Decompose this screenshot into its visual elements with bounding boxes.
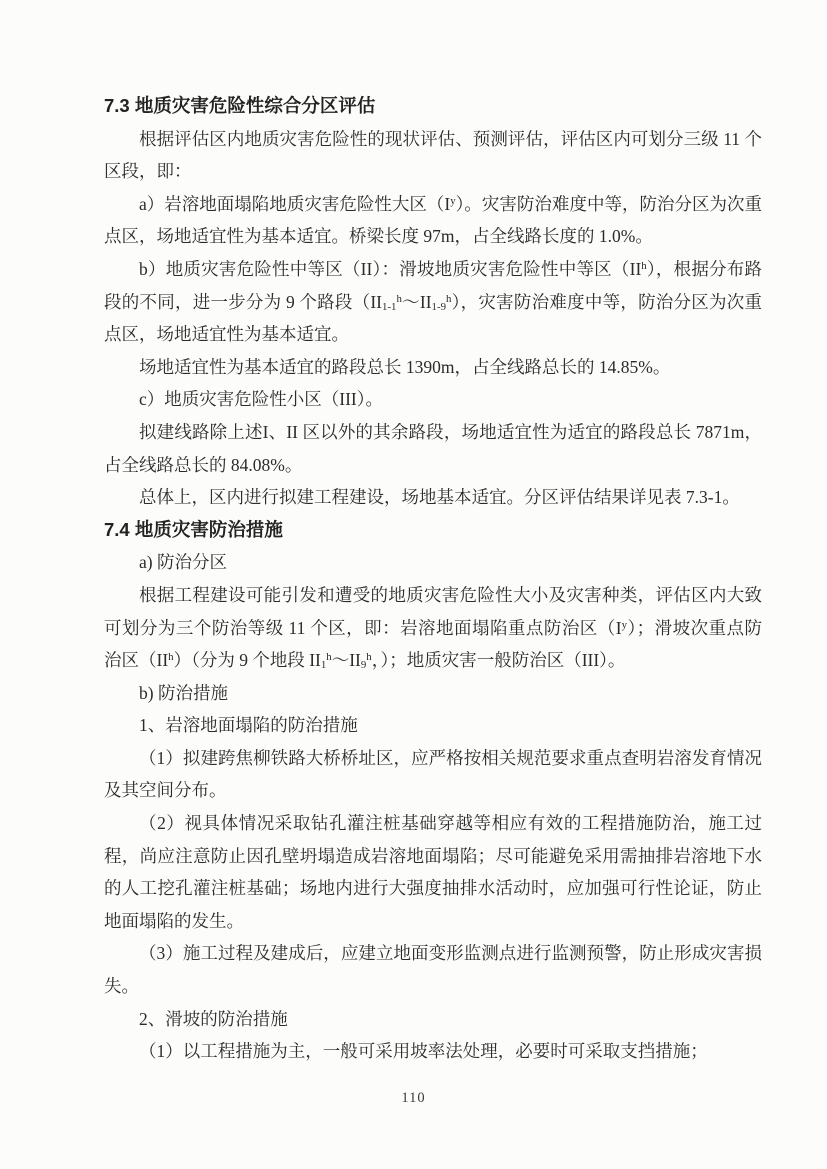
para-prevention-zoning: 根据工程建设可能引发和遭受的地质灾害危险性大小及灾害种类，评估区内大致可划分为三…	[104, 579, 762, 677]
para-karst-measure-1: （1）拟建跨焦柳铁路大桥桥址区，应严格按相关规范要求重点查明岩溶发育情况及其空间…	[104, 742, 762, 807]
section-heading-7-4: 7.4 地质灾害防治措施	[104, 514, 762, 547]
para-suitability-length: 场地适宜性为基本适宜的路段总长 1390m，占全线路总长的 14.85%。	[104, 351, 762, 384]
para-landslide-measures-title: 2、滑坡的防治措施	[104, 1003, 762, 1036]
para-karst-measure-3: （3）施工过程及建成后，应建立地面变形监测点进行监测预警，防止形成灾害损失。	[104, 937, 762, 1002]
para-overview: 根据评估区内地质灾害危险性的现状评估、预测评估，评估区内可划分三级 11 个区段…	[104, 123, 762, 188]
para-remaining-sections: 拟建线路除上述I、II 区以外的其余路段，场地适宜性为适宜的路段总长 7871m…	[104, 416, 762, 481]
para-karst-measures-title: 1、岩溶地面塌陷的防治措施	[104, 709, 762, 742]
document-page: 7.3 地质灾害危险性综合分区评估 根据评估区内地质灾害危险性的现状评估、预测评…	[0, 0, 827, 1169]
document-content: 7.3 地质灾害危险性综合分区评估 根据评估区内地质灾害危险性的现状评估、预测评…	[104, 90, 762, 1068]
para-landslide-measure-1: （1）以工程措施为主，一般可采用坡率法处理，必要时可采取支挡措施；	[104, 1035, 762, 1068]
para-zone-c: c）地质灾害危险性小区（III）。	[104, 383, 762, 416]
para-karst-measure-2: （2）视具体情况采取钻孔灌注桩基础穿越等相应有效的工程措施防治，施工过程，尚应注…	[104, 807, 762, 937]
para-zone-a: a）岩溶地面塌陷地质灾害危险性大区（Iy）。灾害防治难度中等，防治分区为次重点区…	[104, 188, 762, 253]
para-prevention-measures-label: b) 防治措施	[104, 677, 762, 710]
para-zone-b: b）地质灾害危险性中等区（II）：滑坡地质灾害危险性中等区（IIh），根据分布路…	[104, 253, 762, 351]
para-overall-conclusion: 总体上，区内进行拟建工程建设，场地基本适宜。分区评估结果详见表 7.3-1。	[104, 481, 762, 514]
para-prevention-zoning-label: a) 防治分区	[104, 546, 762, 579]
page-number: 110	[0, 1090, 827, 1107]
section-heading-7-3: 7.3 地质灾害危险性综合分区评估	[104, 90, 762, 123]
